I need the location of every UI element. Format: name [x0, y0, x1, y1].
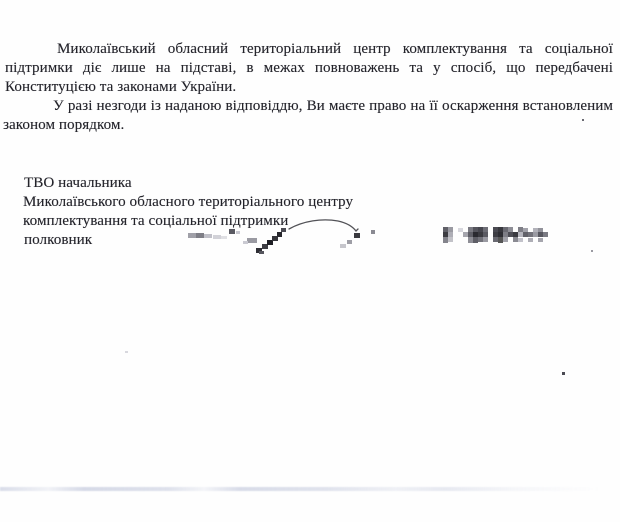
signature-pen-stroke [0, 0, 620, 522]
scanner-streak-artifact [0, 487, 600, 491]
scanned-document-page: Миколаївськийобласнийтериторіальнийцентр… [0, 0, 620, 522]
